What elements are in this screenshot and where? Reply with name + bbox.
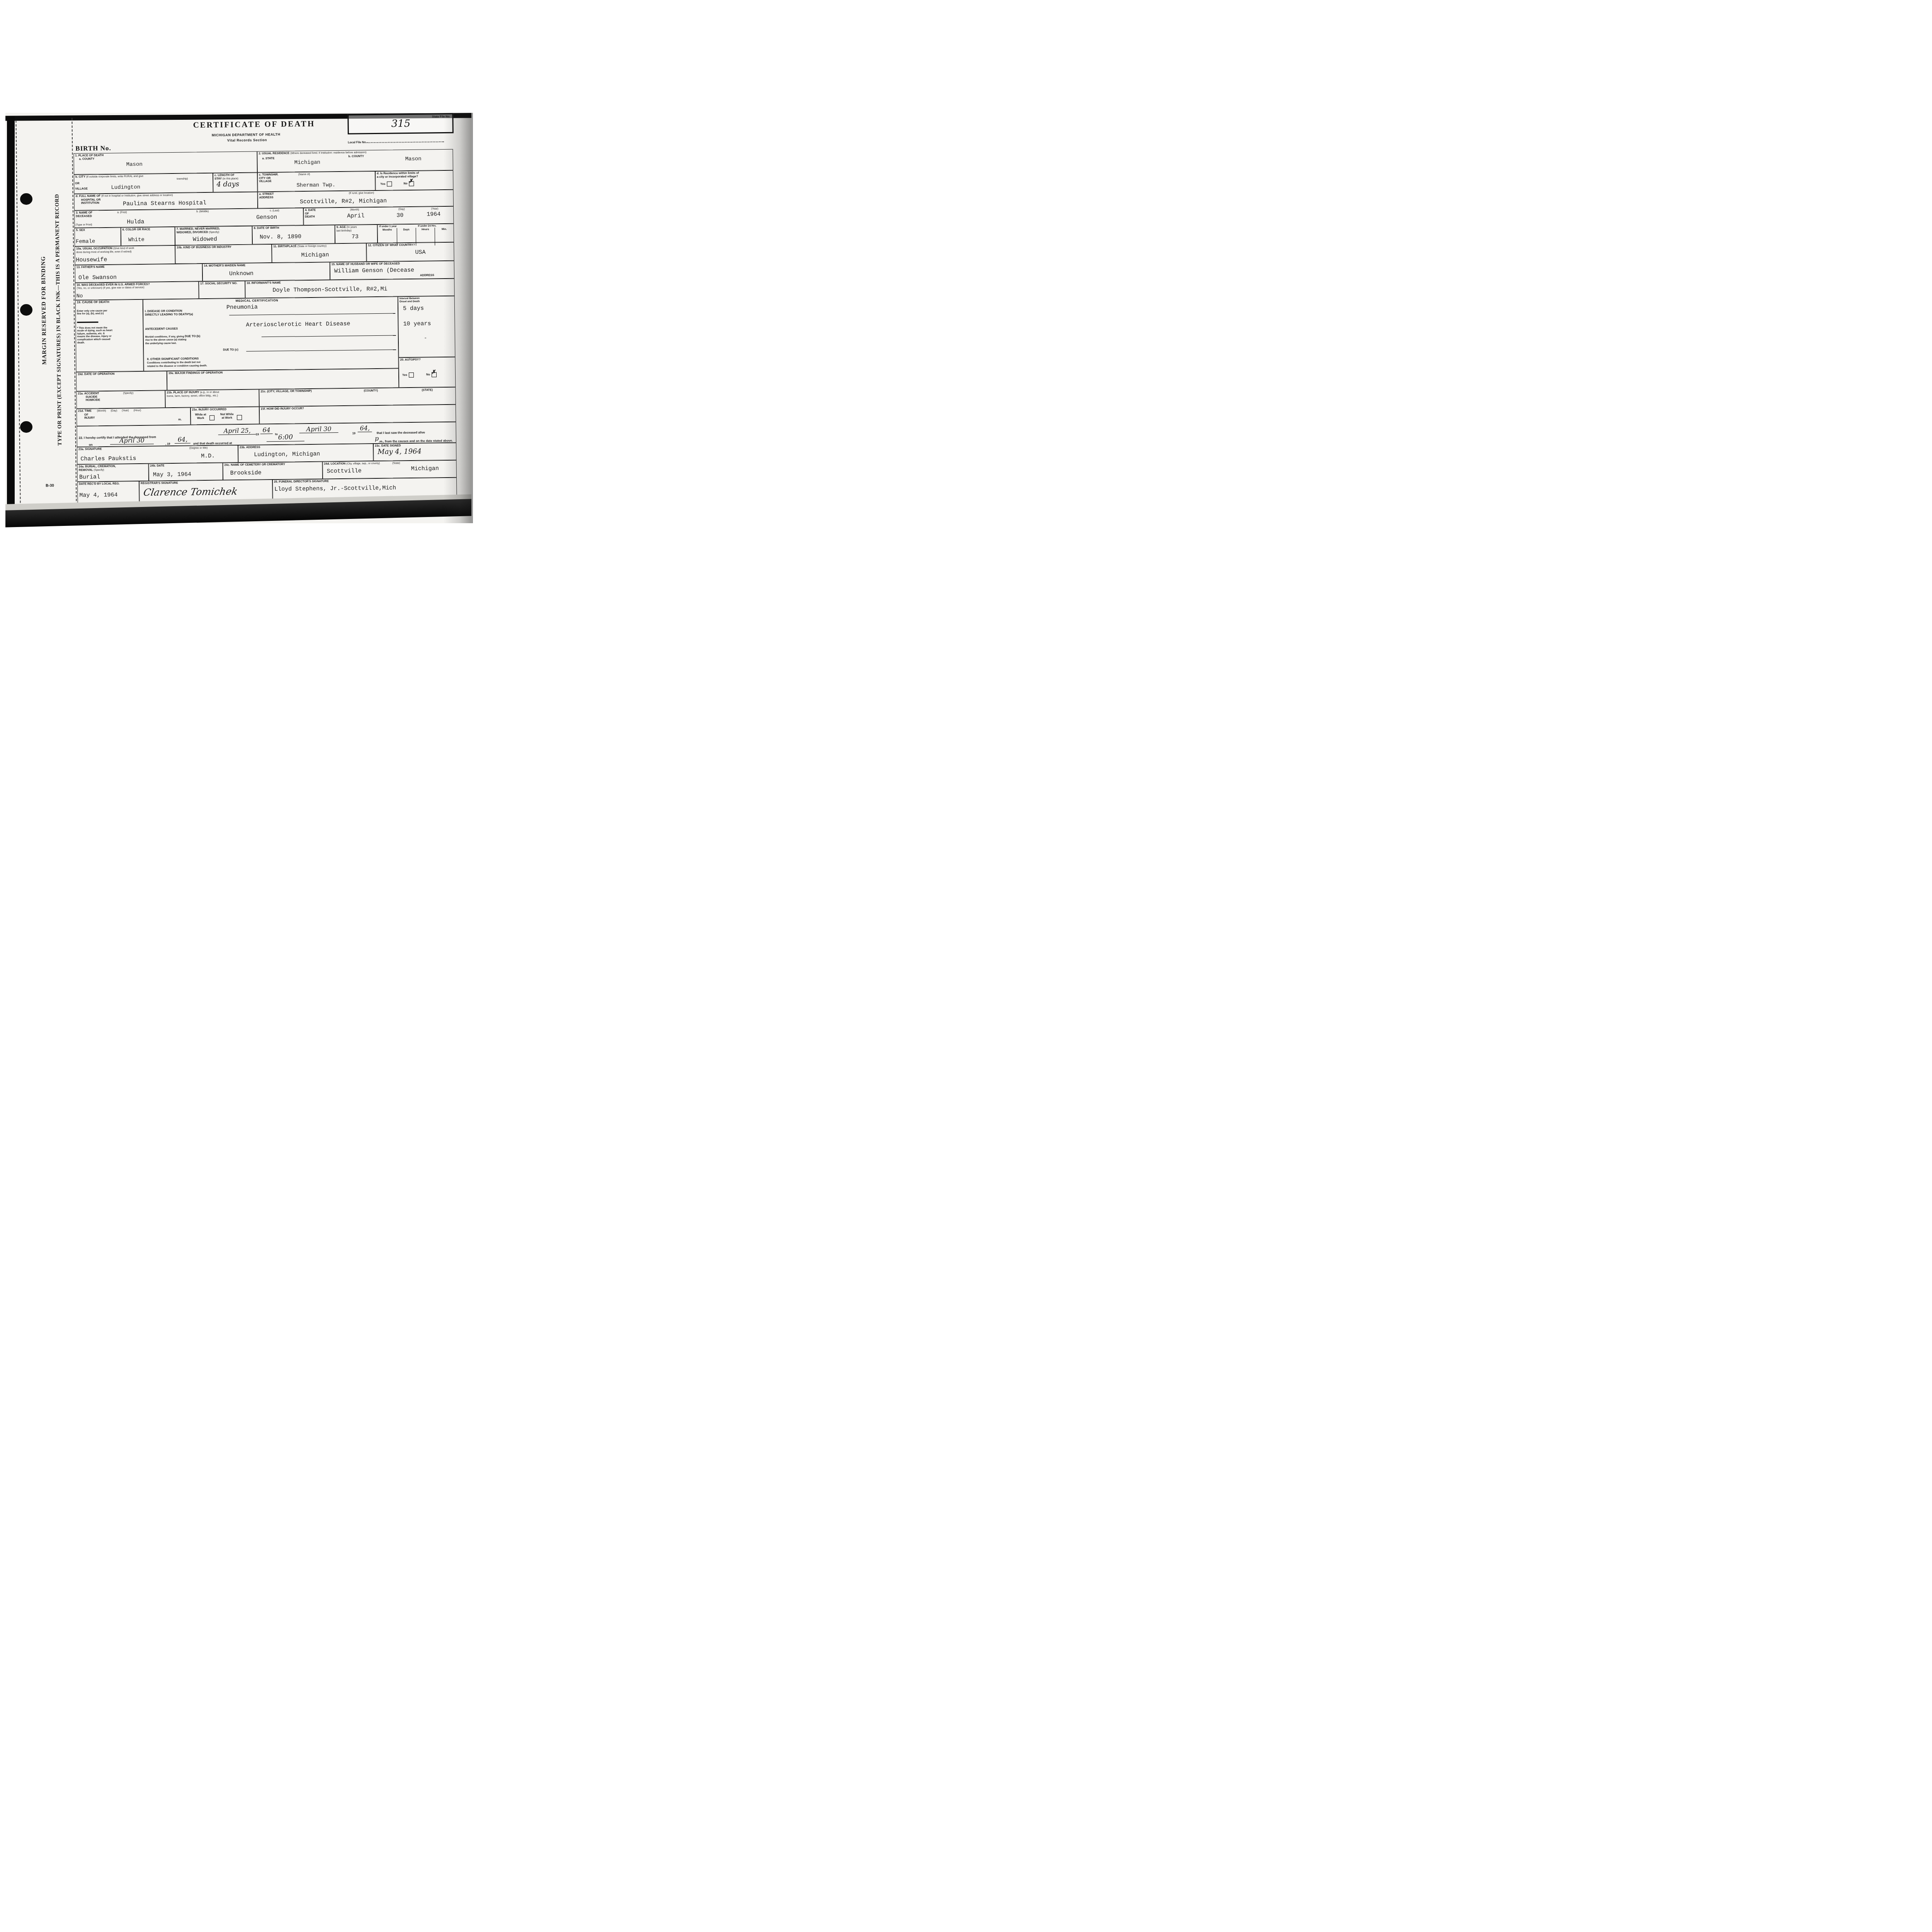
cemetery-city-value: Scottville <box>327 468 362 474</box>
street-address-value: Scottville, R#2, Michigan <box>300 198 387 206</box>
field-cemetery-name: 24c. NAME OF CEMETERY OR CREMATORY Brook… <box>223 462 323 480</box>
race-value: White <box>128 237 145 243</box>
field-age-subcolumns: If under 1 year If under 24 Hrs. Months … <box>378 224 454 243</box>
field-burial-type: 24a. BURIAL, CREMATION, REMOVAL (Specify… <box>77 464 149 482</box>
sidebar-divider <box>77 321 98 323</box>
registrar-signature-value: Clarence Tomichek <box>143 486 238 498</box>
yes-checkbox <box>387 182 392 187</box>
interval-a-value: 5 days <box>403 305 424 312</box>
field-injury-occurred: 21e. INJURY OCCURRED While atWork Not Wh… <box>190 406 259 425</box>
attended-to-value: April 30 <box>299 425 338 433</box>
field-physician-signature: 23a. SIGNATURE (Degree or title) Charles… <box>77 445 238 464</box>
cause-line-c <box>246 349 396 351</box>
field-mothers-maiden-name: 14. MOTHER'S MAIDEN NAME Unknown <box>202 262 330 281</box>
field-residence-within-limits: d. Is Residence within limits of a city … <box>375 170 454 190</box>
cause-line-a <box>229 313 395 315</box>
father-name-value: Ole Swanson <box>78 274 117 281</box>
burial-type-value: Burial <box>79 474 100 481</box>
residence-county-value: Mason <box>405 156 422 162</box>
field-autopsy: 20. AUTOPSY? Yes No ✗ <box>398 357 456 388</box>
informant-value: Doyle Thompson-Scottville, R#2,Mi <box>272 286 387 294</box>
state-file-number: 315 <box>391 118 410 130</box>
field-date-of-operation: 19d. DATE OF OPERATION <box>76 371 167 391</box>
township-value: Sherman Twp. <box>296 182 335 189</box>
field-date-of-death: 4. DATE OF DEATH (Month) (Day) (Year) Ap… <box>303 206 454 225</box>
field-birthplace: 11. BIRTHPLACE (State or foreign country… <box>272 243 367 263</box>
birth-no-label: BIRTH No. <box>75 145 111 153</box>
citizenship-value: USA <box>415 249 425 256</box>
not-while-at-work-checkbox <box>237 415 242 420</box>
occupation-value: Housewife <box>76 257 107 264</box>
field-street-address: e. STREET ADDRESS (If rural, give locati… <box>258 190 454 209</box>
burial-date-value: May 3, 1964 <box>153 471 191 478</box>
field-injury-location: 21c. (CITY, VILLAGE, OR TOWNSHIP) (COUNT… <box>259 387 456 407</box>
mother-name-value: Unknown <box>229 270 253 277</box>
state-file-box: State File No. 315 <box>347 113 454 134</box>
certificate-title: CERTIFICATE OF DEATH <box>193 119 315 130</box>
field-cause-of-death-sidebar: 19. CAUSE OF DEATH Enter only one cause … <box>75 299 144 372</box>
cause-line-b <box>262 335 396 337</box>
autopsy-yes-checkbox <box>409 372 414 378</box>
while-at-work-checkbox <box>209 415 214 420</box>
field-date-of-birth: 8. DATE OF BIRTH Nov. 8, 1890 <box>252 225 335 244</box>
field-spouse-name: 15. NAME OF HUSBAND OR WIFE OF DECEASED … <box>330 261 455 280</box>
field-sex: 5. SEX Female <box>75 227 121 246</box>
field-cemetery-location: 24d. LOCATION (City, village, twp., or c… <box>322 460 456 479</box>
field-accident-suicide-homicide: 21a. ACCIDENT (Specify) SUICIDE HOMICIDE <box>76 390 165 409</box>
field-interval-column: Interval Between Onset and Death 5 days … <box>398 296 456 358</box>
field-usual-residence: 2. USUAL RESIDENCE (Where deceased lived… <box>257 149 453 173</box>
field-kind-of-business: 10b. KIND OF BUSINESS OR INDUSTRY <box>175 244 272 264</box>
death-certificate-scan-page: MARGIN RESERVED FOR BINDING TYPE OR PRIN… <box>0 0 473 610</box>
death-day-value: 30 <box>396 212 403 219</box>
autopsy-no-checkbox-checked: ✗ <box>432 372 437 377</box>
field-major-findings: 19e. MAJOR FINDINGS OF OPERATION <box>167 368 399 390</box>
death-year-value: 1964 <box>427 211 440 218</box>
length-of-stay-value: 4 days <box>216 180 239 189</box>
attended-from-year: 64 <box>260 426 273 434</box>
spouse-address-label: ADDRESS <box>420 274 434 277</box>
cause-antecedent-value: Arteriosclerotic Heart Disease <box>246 321 350 328</box>
margin-divider <box>15 121 20 507</box>
field-marital-status: 7. MARRIED, NEVER MARRIED, WIDOWED, DIVO… <box>175 226 253 245</box>
field-time-of-injury: 21d. TIME (Month) (Day) (Year) (Hour) OF… <box>77 407 190 426</box>
spouse-name-value: William Genson (Decease <box>334 267 414 274</box>
birth-date-value: Nov. 8, 1890 <box>260 233 301 240</box>
age-value: 73 <box>352 233 359 240</box>
physician-address-value: Ludington, Michigan <box>254 451 320 458</box>
dotted-leader <box>367 138 444 143</box>
attended-to-year: 64, <box>357 424 372 432</box>
city-of-death-value: Ludington <box>111 184 140 191</box>
field-cause-of-death-main: I. DISEASE OR CONDITION DIRECTLY LEADING… <box>143 296 399 371</box>
field-social-security: 17. SOCIAL SECURITY NO. <box>199 281 245 299</box>
local-file-label: Local File No. <box>348 138 444 144</box>
department-name: MICHIGAN DEPARTMENT OF HEALTH <box>212 133 281 137</box>
field-date-signed: 23c. DATE SIGNED May 4, 1964 <box>373 443 456 461</box>
field-name-of-deceased: 3. NAME OF DECEASED (Type or Print) a. (… <box>74 208 303 228</box>
residence-state-value: Michigan <box>294 160 320 166</box>
field-usual-occupation: 10a. USUAL OCCUPATION (Give kind of work… <box>75 245 175 265</box>
field-physician-address: 23b. ADDRESS Ludington, Michigan <box>238 444 373 463</box>
hospital-value: Paulina Stearns Hospital <box>123 200 206 207</box>
last-name-value: Genson <box>256 214 277 221</box>
county-of-death-value: Mason <box>126 162 143 168</box>
birthplace-value: Michigan <box>301 252 329 259</box>
field-armed-forces: 16. WAS DECEASED EVER IN U.S. ARMED FORC… <box>75 281 199 300</box>
date-signed-value: May 4, 1964 <box>378 447 422 456</box>
field-fathers-name: 13. FATHER'S NAME Ole Swanson <box>75 264 203 283</box>
field-informant: 18. INFORMANT'S NAME Doyle Thompson-Scot… <box>245 279 454 298</box>
field-burial-date: 24b. DATE May 3, 1964 <box>149 463 223 481</box>
cause-direct-value: Pneumonia <box>226 304 258 311</box>
funeral-director-value: Lloyd Stephens, Jr.-Scottville,Mich <box>274 485 396 493</box>
physician-degree-value: M.D. <box>201 453 215 459</box>
no-checkbox-checked: ✗ <box>409 181 414 186</box>
armed-forces-value: No <box>77 293 83 299</box>
field-length-of-stay: c. LENGTH OF STAY (In this place) 4 days <box>213 172 258 192</box>
marital-value: Widowed <box>193 236 217 243</box>
field-place-of-death: 1. PLACE OF DEATH a. COUNTY Mason <box>73 151 257 174</box>
field-city-or-village: b. CITY (If outside corporate limits, wr… <box>74 173 213 194</box>
am-pm-value: p <box>375 435 379 442</box>
field-hospital-name: d. FULL NAME OF (If not in hospital or i… <box>74 192 258 210</box>
field-place-of-injury: 21b. PLACE OF INJURY (e.g., in or about … <box>165 389 259 408</box>
date-received-value: May 4, 1964 <box>79 492 117 499</box>
attended-from-value: April 25, <box>218 427 256 435</box>
form-code: B-30 <box>46 483 54 488</box>
state-file-label: State File No. <box>432 115 451 119</box>
cemetery-value: Brookside <box>230 469 262 476</box>
margin-binding-text: MARGIN RESERVED FOR BINDING <box>40 256 48 365</box>
field-citizenship: 12. CITIZEN OF WHAT COUNTRY? USA <box>366 242 454 262</box>
last-seen-year: 64, <box>175 435 191 443</box>
cemetery-state-value: Michigan <box>411 465 439 472</box>
last-seen-value: April 30 <box>110 437 154 445</box>
first-name-value: Hulda <box>127 219 144 226</box>
sex-value: Female <box>76 238 95 245</box>
interval-c-value: - <box>424 335 427 342</box>
records-section: Vital Records Section <box>227 138 267 142</box>
interval-b-value: 10 years <box>403 320 431 327</box>
field-color-or-race: 6. COLOR OR RACE White <box>121 227 175 246</box>
physician-name-value: Charles Paukstis <box>80 455 136 463</box>
time-of-death-value: 6:00 <box>267 433 304 442</box>
field-how-injury-occurred: 21f. HOW DID INJURY OCCUR? <box>259 405 456 424</box>
field-age: 9. AGE (In years last birthday) 73 <box>335 224 378 243</box>
margin-permanent-record-text: TYPE OR PRINT (EXCEPT SIGNATURES) IN BLA… <box>54 194 63 446</box>
field-township: c. TOWNSHIP, (Name of) CITY OR VILLAGE S… <box>257 171 376 192</box>
death-month-value: April <box>347 213 364 219</box>
